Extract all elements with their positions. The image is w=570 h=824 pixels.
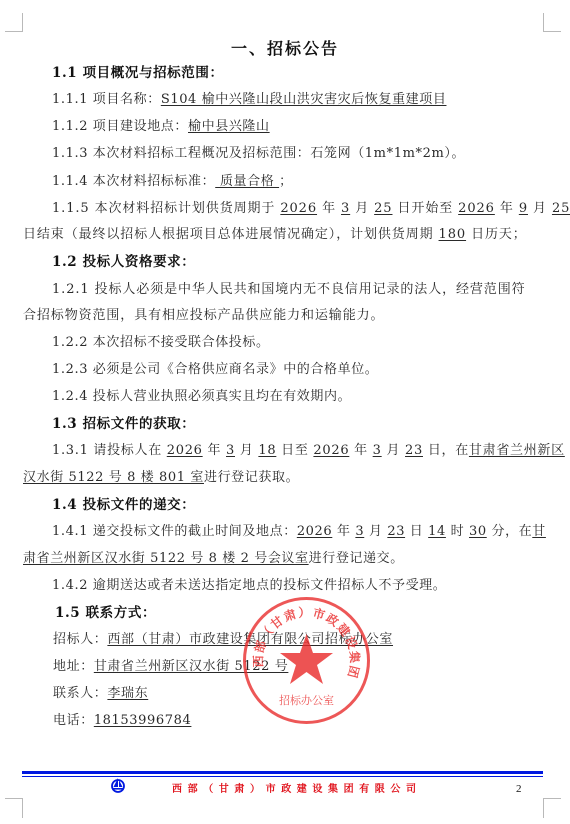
section-heading-1-3: 1.3 招标文件的获取：	[52, 415, 195, 433]
phone-label: 电话：	[53, 713, 94, 728]
text: 月	[364, 524, 387, 539]
supply-period-line-2: 日结束（最终以招标人根据项目总体进展情况确定），计划供货周期 180 日历天；	[23, 226, 527, 244]
section-heading-1-2: 1.2 投标人资格要求：	[52, 253, 195, 271]
section-heading-1-4: 1.4 投标文件的递交：	[52, 496, 195, 514]
standard-value: 质量合格	[215, 174, 279, 189]
crop-mark-top-left-v	[22, 13, 23, 32]
text: 年	[349, 443, 372, 458]
deadline-hour: 14	[428, 524, 446, 539]
start-month: 3	[226, 443, 235, 458]
late-submission-note: 1.4.2 逾期送达或者未送达指定地点的投标文件招标人不予受理。	[52, 577, 446, 595]
submission-address: 甘	[532, 524, 546, 539]
qualification-3: 1.2.3 必须是公司《合格供应商名录》中的合格单位。	[52, 361, 378, 379]
qualification-1-line-1: 1.2.1 投标人必须是中华人民共和国境内无不良信用记录的法人，经营范围符	[52, 281, 526, 299]
end-year: 2026	[458, 201, 495, 216]
address-value: 甘肃省兰州新区汉水街 5122 号	[94, 659, 289, 674]
tenderer-label: 招标人：	[53, 632, 107, 647]
text: 日结束（最终以招标人根据项目总体进展情况确定），计划供货周期	[23, 227, 439, 242]
address-label: 地址：	[53, 659, 94, 674]
doc-acquisition-line-1: 1.3.1 请投标人在 2026 年 3 月 18 日至 2026 年 3 月 …	[52, 442, 565, 460]
footer-rule-thin	[22, 776, 543, 777]
deadline-year: 2026	[297, 524, 332, 539]
text: 1.1.5 本次材料招标计划供货周期于	[52, 201, 280, 216]
phone-line: 电话：18153996784	[53, 712, 191, 730]
acquisition-address: 甘肃省兰州新区	[469, 443, 565, 458]
contact-line: 联系人：李瑞东	[53, 685, 148, 703]
project-location-value: 榆中县兴隆山	[188, 119, 270, 134]
submission-line-2: 肃省兰州新区汉水街 5122 号 8 楼 2 号会议室进行登记递交。	[23, 550, 404, 568]
crop-mark-top-right-v	[543, 13, 544, 32]
supply-period-line-1: 1.1.5 本次材料招标计划供货周期于 2026 年 3 月 25 日开始至 2…	[52, 200, 570, 218]
deadline-month: 3	[355, 524, 364, 539]
text: 月	[528, 201, 552, 216]
end-year: 2026	[313, 443, 349, 458]
text: 时	[446, 524, 469, 539]
end-day: 23	[405, 443, 423, 458]
company-logo-icon	[110, 777, 126, 793]
scope-line: 1.1.3 本次材料招标工程概况及招标范围：石笼网（1m*1m*2m）。	[52, 145, 465, 163]
project-location-label: 1.1.2 项目建设地点：	[52, 119, 188, 134]
supply-days: 180	[439, 227, 467, 242]
text: 分，在	[487, 524, 533, 539]
acquisition-address-cont: 汉水街 5122 号 8 楼 801 室	[23, 470, 204, 485]
project-name-line: 1.1.1 项目名称：S104 榆中兴隆山段山洪灾害灾后恢复重建项目	[52, 91, 446, 109]
text: 日	[405, 524, 428, 539]
text: 1.4.1 递交投标文件的截止时间及地点：	[52, 524, 297, 539]
start-year: 2026	[167, 443, 203, 458]
start-day: 18	[258, 443, 276, 458]
crop-mark-top-left-h	[5, 31, 23, 32]
crop-mark-bottom-left-v	[22, 798, 23, 818]
text: 年	[203, 443, 226, 458]
footer-rule-thick	[22, 771, 543, 774]
project-name-value: S104 榆中兴隆山段山洪灾害灾后恢复重建项目	[161, 92, 447, 107]
deadline-day: 23	[387, 524, 405, 539]
standard-suffix: ；	[279, 174, 293, 189]
text: 月	[350, 201, 374, 216]
standard-line: 1.1.4 本次材料招标标准： 质量合格 ；	[52, 173, 293, 191]
standard-label: 1.1.4 本次材料招标标准：	[52, 174, 215, 189]
text: 进行登记递交。	[309, 551, 404, 566]
text: 月	[235, 443, 258, 458]
qualification-1-line-2: 合招标物资范围，具有相应投标产品供应能力和运输能力。	[23, 307, 384, 325]
start-day: 25	[374, 201, 392, 216]
crop-mark-top-right-h	[543, 31, 561, 32]
start-month: 3	[341, 201, 350, 216]
project-location-line: 1.1.2 项目建设地点：榆中县兴隆山	[52, 118, 270, 136]
end-day: 25	[552, 201, 570, 216]
page-title: 一、招标公告	[0, 36, 570, 59]
section-heading-1-1: 1.1 项目概况与招标范围：	[52, 64, 224, 82]
text: 日历天；	[466, 227, 527, 242]
crop-mark-bottom-right-v	[543, 798, 544, 818]
address-line: 地址：甘肃省兰州新区汉水街 5122 号	[53, 658, 288, 676]
text: 年	[495, 201, 519, 216]
page-number: 2	[516, 783, 522, 795]
tenderer-value: 西部（甘肃）市政建设集团有限公司招标办公室	[107, 632, 393, 647]
crop-mark-bottom-right-h	[543, 798, 561, 799]
deadline-minute: 30	[469, 524, 487, 539]
contact-label: 联系人：	[53, 686, 107, 701]
text: 月	[382, 443, 405, 458]
qualification-2: 1.2.2 本次招标不接受联合体投标。	[52, 334, 270, 352]
end-month: 9	[519, 201, 528, 216]
text: 日，在	[423, 443, 469, 458]
qualification-4: 1.2.4 投标人营业执照必须真实且均在有效期内。	[52, 388, 351, 406]
submission-address-cont: 肃省兰州新区汉水街 5122 号 8 楼 2 号会议室	[23, 551, 309, 566]
section-heading-1-5: 1.5 联系方式：	[55, 604, 156, 622]
crop-mark-bottom-left-h	[5, 798, 23, 799]
project-name-label: 1.1.1 项目名称：	[52, 92, 161, 107]
text: 年	[317, 201, 341, 216]
svg-text:招标办公室: 招标办公室	[279, 693, 334, 707]
footer-company-name: 西部（甘肃）市政建设集团有限公司	[172, 780, 422, 795]
end-month: 3	[373, 443, 382, 458]
submission-line-1: 1.4.1 递交投标文件的截止时间及地点：2026 年 3 月 23 日 14 …	[52, 523, 546, 541]
contact-value: 李瑞东	[107, 686, 148, 701]
start-year: 2026	[280, 201, 317, 216]
doc-acquisition-line-2: 汉水街 5122 号 8 楼 801 室进行登记获取。	[23, 469, 299, 487]
text: 年	[332, 524, 355, 539]
text: 1.3.1 请投标人在	[52, 443, 167, 458]
phone-value: 18153996784	[94, 713, 192, 728]
text: 进行登记获取。	[204, 470, 299, 485]
tenderer-line: 招标人：西部（甘肃）市政建设集团有限公司招标办公室	[53, 631, 393, 649]
text: 日开始至	[392, 201, 458, 216]
text: 日至	[276, 443, 313, 458]
